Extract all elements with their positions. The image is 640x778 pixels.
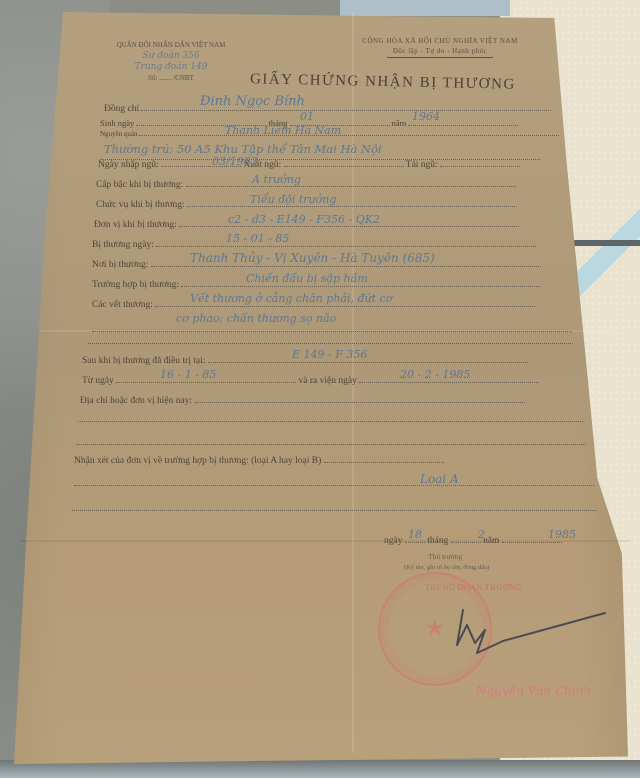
- dotted-line: [74, 484, 594, 486]
- field-label: Nguyên quán: [100, 130, 138, 138]
- assessment-value: Loại A: [420, 472, 459, 486]
- treated-at-value: E 149 - F 356: [292, 348, 367, 361]
- issuing-unit-header: QUÂN ĐỘI NHÂN DÂN VIỆT NAM Sư đoàn 356 T…: [96, 40, 246, 84]
- field-label: Sau khi bị thương đã điều trị tại:: [82, 356, 205, 366]
- wounds-value: Vết thương ở cẳng chân phải, đứt cơ: [190, 292, 392, 305]
- field-label: Đơn vị khi bị thương:: [94, 220, 177, 230]
- permanent-address-value: Thường trú: 50 A5 Khu Tập thể Tân Mai Hà…: [104, 142, 382, 156]
- signatory-title: Thủ trưởng: [428, 552, 462, 561]
- field-label: Ngày nhập ngũ:: [98, 160, 159, 170]
- comrade-name-value: Đinh Ngọc Bính: [200, 94, 305, 109]
- document-number: Số: ....... /CNBT: [96, 73, 246, 84]
- field-label: tháng: [427, 536, 448, 546]
- discharge-date-value: 20 - 2 - 1985: [400, 368, 470, 381]
- field-label: Cấp bậc khi bị thương:: [96, 180, 183, 190]
- field-enlistment-date: Ngày nhập ngũ: Xuất ngũ: Tái ngũ:: [98, 160, 520, 170]
- field-label: Địa chỉ hoặc đơn vị hiện nay:: [80, 396, 192, 406]
- field-label: Tái ngũ:: [406, 160, 438, 170]
- division-name: Sư đoàn 356: [96, 51, 246, 62]
- dotted-line: [88, 342, 573, 344]
- unit-value: c2 - d3 - E149 - F356 - QK2: [228, 213, 380, 226]
- field-label: Các vết thương:: [92, 300, 153, 310]
- birth-year-value: 1964: [412, 110, 440, 123]
- birth-month-value: 01: [300, 110, 314, 123]
- field-label: Trường hợp bị thương:: [92, 280, 179, 290]
- field-unit-assessment: Nhận xét của đơn vị về trường hợp bị thư…: [74, 456, 444, 466]
- stamp-star-icon: ★: [425, 615, 445, 641]
- certificate-document: QUÂN ĐỘI NHÂN DÂN VIỆT NAM Sư đoàn 356 T…: [0, 0, 640, 778]
- field-label: Từ ngày: [82, 376, 114, 386]
- rank-value: A trưởng: [252, 173, 301, 186]
- wounded-date-value: 15 - 01 - 85: [226, 232, 289, 245]
- enlistment-date-value: 03/1983: [212, 155, 258, 168]
- field-rank: Cấp bậc khi bị thương:: [96, 180, 516, 190]
- country-name: CỘNG HÒA XÃ HỘI CHỦ NGHĨA VIỆT NAM: [320, 36, 560, 46]
- field-label: Chức vụ khi bị thương:: [96, 200, 185, 210]
- signing-month-value: 2: [478, 528, 485, 541]
- field-label: Đồng chí: [104, 104, 139, 114]
- field-label: Bị thương ngày:: [92, 240, 154, 250]
- field-label: năm: [483, 536, 499, 546]
- field-label: Sinh ngày: [100, 118, 134, 128]
- national-motto: Độc lập - Tự do - Hạnh phúc: [387, 46, 493, 58]
- wounded-place-value: Thanh Thủy - Vị Xuyên - Hà Tuyên (685): [190, 251, 435, 265]
- signer-name: Nguyễn Văn Chính: [476, 684, 591, 698]
- dotted-line: [72, 509, 597, 511]
- handwritten-signature: [455, 605, 615, 665]
- wounds-value-continued: cơ phao; chấn thương sọ não: [176, 312, 336, 325]
- dotted-line: [76, 443, 586, 445]
- signing-day-value: 18: [408, 528, 422, 541]
- document-title: GIẤY CHỨNG NHẬN BỊ THƯƠNG: [250, 71, 516, 94]
- field-treatment-period: Từ ngày và ra viện ngày: [82, 376, 539, 386]
- stamp-title-text: TRUNG ĐOÀN TRƯỞNG: [425, 583, 522, 592]
- signature-instruction: (Ký tên, ghi rõ họ tên, đóng dấu): [404, 564, 489, 571]
- hometown-value: Thanh Liêm Hà Nam: [225, 124, 341, 137]
- field-label: Nơi bị thương:: [92, 260, 148, 270]
- field-current-address: Địa chỉ hoặc đơn vị hiện nay:: [80, 396, 525, 406]
- field-label: và ra viện ngày: [299, 376, 357, 386]
- dotted-line: [92, 330, 572, 332]
- dotted-line: [78, 420, 583, 422]
- regiment-name: Trung đoàn 149: [96, 62, 246, 73]
- field-comrade: Đồng chí: [104, 104, 551, 114]
- treatment-start-value: 16 - 1 - 85: [160, 368, 216, 381]
- field-label: năm: [392, 118, 407, 128]
- field-wounded-date: Bị thương ngày:: [92, 240, 536, 250]
- circumstance-value: Chiến đấu bị sập hầm: [246, 272, 368, 285]
- national-header: CỘNG HÒA XÃ HỘI CHỦ NGHĨA VIỆT NAM Độc l…: [320, 36, 560, 58]
- position-value: Tiểu đội trưởng: [250, 193, 336, 206]
- signing-year-value: 1985: [548, 528, 576, 541]
- army-name: QUÂN ĐỘI NHÂN DÂN VIỆT NAM: [96, 40, 246, 51]
- field-label: ngày: [384, 536, 402, 546]
- field-label: Nhận xét của đơn vị về trường hợp bị thư…: [74, 456, 321, 466]
